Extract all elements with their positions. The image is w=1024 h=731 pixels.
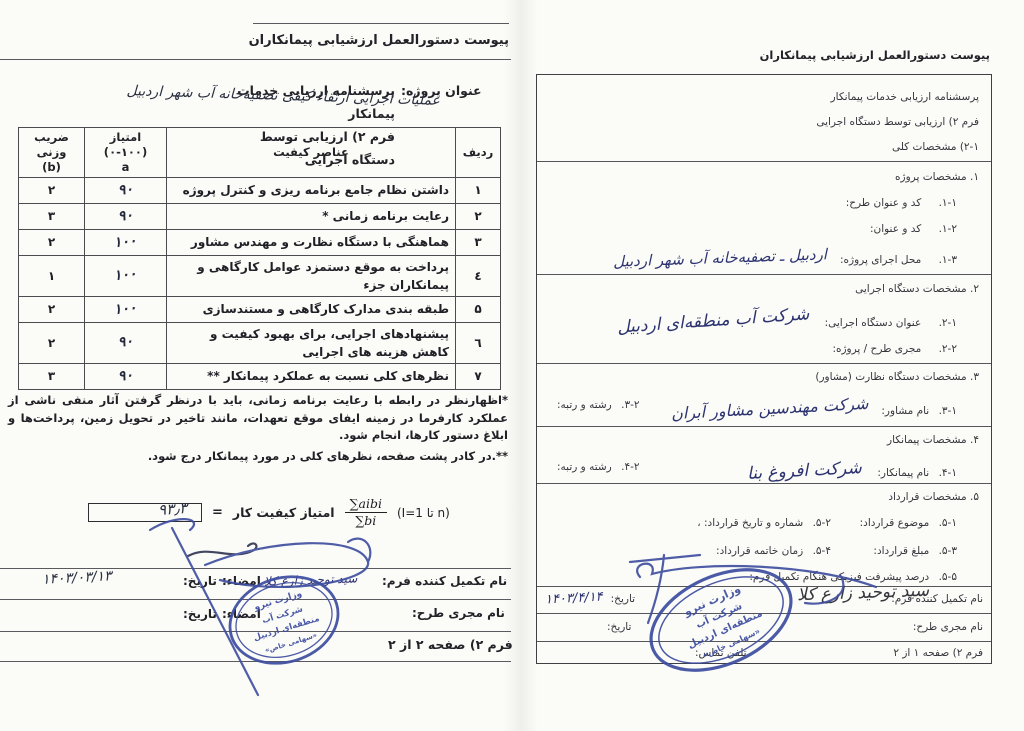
row-quality: نظرهای کلی نسبت به عملکرد پیمانکار ** xyxy=(167,363,456,389)
score-header-line2: a xyxy=(91,160,160,175)
contractor-name-handwritten: شرکت افروغ بنا xyxy=(747,458,863,484)
section2-header: ۲. مشخصات دستگاه اجرایی xyxy=(855,283,979,295)
item-number: ۳-۲. xyxy=(621,399,639,411)
row-quality: طبقه بندی مدارک کارگاهی و مستندسازی xyxy=(167,296,456,322)
row-quality: داشتن نظام جامع برنامه ریزی و کنترل پروژ… xyxy=(167,177,456,203)
row-weight: ۳ xyxy=(19,203,85,229)
row-score-handwritten: ۹۰ xyxy=(117,332,134,354)
index-range: (I=1 تا n) xyxy=(397,506,450,520)
form-filler-label: نام تکمیل کننده فرم: xyxy=(382,574,507,588)
table-row: ۲ رعایت برنامه زمانی * ۹۰ ۳ xyxy=(19,203,501,229)
footnotes: *اظهارنظر در رابطه با رعایت برنامه زمانی… xyxy=(8,392,508,465)
row-score-handwritten: ۹۰ xyxy=(117,365,134,387)
item-number: ۲-۱. xyxy=(939,317,957,329)
section-divider xyxy=(537,426,991,427)
item-number: ۱-۱. xyxy=(939,197,957,209)
weight-header-line1: ضریب وزنی xyxy=(25,130,78,160)
item-label: نام پیمانکار: xyxy=(877,467,929,479)
section3-header: ۳. مشخصات دستگاه نظارت (مشاور) xyxy=(815,371,979,383)
section-divider xyxy=(537,274,991,275)
row-weight: ۱ xyxy=(19,255,85,296)
item-label: محل اجرای پروژه: xyxy=(840,254,921,266)
box-title3: ۲-۱) مشخصات کلی xyxy=(892,141,979,153)
table-row: ۳ هماهنگی با دستگاه نظارت و مهندس مشاور … xyxy=(19,229,501,255)
section1-item2: ۱-۲. کد و عنوان: xyxy=(870,223,957,235)
box-title1: پرسشنامه ارزیابی خدمات پیمانکار xyxy=(831,91,979,103)
weight-header-line2: (b) xyxy=(25,160,78,175)
section5-header: ۵. مشخصات قرارداد xyxy=(888,491,979,503)
top-rule xyxy=(253,23,509,24)
item-label: عنوان دستگاه اجرایی: xyxy=(825,317,922,329)
table-row: ۱ داشتن نظام جامع برنامه ریزی و کنترل پر… xyxy=(19,177,501,203)
row-weight: ۳ xyxy=(19,363,85,389)
item-number: ۳-۱. xyxy=(939,405,957,417)
table-header-row: ردیف عناصر کیفیت امتیاز (۱۰۰-۰) a ضریب و… xyxy=(19,128,501,178)
section1-item3: ۱-۳. محل اجرای پروژه: اردبیل ـ تصفیه‌خان… xyxy=(613,249,957,267)
section3-item2: ۳-۲. رشته و رتبه: xyxy=(557,399,640,411)
row-weight: ۲ xyxy=(19,296,85,322)
table-row: ٤ پرداخت به موقع دستمزد عوامل کارگاهی و … xyxy=(19,255,501,296)
footnote-schedule: *اظهارنظر در رابطه با رعایت برنامه زمانی… xyxy=(8,392,508,445)
item-label: نام مشاور: xyxy=(881,405,929,417)
col-weight-header: ضریب وزنی (b) xyxy=(19,128,85,178)
footnote-comments: **.در کادر پشت صفحه، نظرهای کلی در مورد … xyxy=(8,448,508,466)
section4-item1: ۴-۱. نام پیمانکار: شرکت افروغ بنا xyxy=(747,461,957,481)
page-fold-shadow xyxy=(504,0,538,731)
item-number: ۱-۲. xyxy=(939,223,957,235)
item-label: کد و عنوان: xyxy=(870,223,921,235)
item-number: ۴-۱. xyxy=(939,467,957,479)
col-quality-header: عناصر کیفیت xyxy=(167,128,456,178)
score-header-line1: امتیاز (۱۰۰-۰) xyxy=(91,130,160,160)
section2-item2: ۲-۲. مجری طرح / پروژه: xyxy=(832,343,957,355)
row-quality: پرداخت به موقع دستمزد عوامل کارگاهی و پی… xyxy=(167,255,456,296)
project-location-handwritten: اردبیل ـ تصفیه‌خانه آب شهر اردبیل xyxy=(612,245,826,270)
row-no: ۳ xyxy=(456,229,501,255)
table-row: ۵ طبقه بندی مدارک کارگاهی و مستندسازی ۱۰… xyxy=(19,296,501,322)
row-no: ۷ xyxy=(456,363,501,389)
row-weight: ۲ xyxy=(19,322,85,363)
item-label: رشته و رتبه: xyxy=(557,399,612,411)
row-quality: رعایت برنامه زمانی * xyxy=(167,203,456,229)
agency-name-handwritten: شرکت آب منطقه‌ای اردبیل xyxy=(616,304,809,337)
date-handwritten: ۱۴۰۳/۰۳/۱۳ xyxy=(42,568,112,588)
item-label: مجری طرح / پروژه: xyxy=(832,343,921,355)
item-label: کد و عنوان طرح: xyxy=(846,197,922,209)
row-quality: هماهنگی با دستگاه نظارت و مهندس مشاور xyxy=(167,229,456,255)
row-no: ۵ xyxy=(456,296,501,322)
row-score-handwritten: ۹۰ xyxy=(117,205,134,227)
row-quality: پیشنهادهای اجرایی، برای بهبود کیفیت و کا… xyxy=(167,322,456,363)
section1-header: ۱. مشخصات پروژه xyxy=(895,171,979,183)
left-page-number: فرم ۲) صفحه ۲ از ۲ xyxy=(388,637,513,652)
project-executor-label: نام مجری طرح: xyxy=(412,606,505,620)
right-page-number: فرم ۲) صفحه ۱ از ۲ xyxy=(893,647,983,659)
col-score-header: امتیاز (۱۰۰-۰) a xyxy=(85,128,167,178)
section-divider xyxy=(537,161,991,162)
row-score-handwritten: ۹۰ xyxy=(117,179,134,201)
row-no: ۱ xyxy=(456,177,501,203)
row-weight: ۲ xyxy=(19,229,85,255)
section3-item1: ۳-۱. نام مشاور: شرکت مهندسین مشاور آبران xyxy=(671,399,957,418)
section1-item1: ۱-۱. کد و عنوان طرح: xyxy=(846,197,957,209)
item-number: ۴-۲. xyxy=(621,461,639,473)
left-page-header: پیوست دستورالعمل ارزشیابی پیمانکاران xyxy=(253,33,509,48)
row-no: ٤ xyxy=(456,255,501,296)
col-row-header: ردیف xyxy=(456,128,501,178)
section2-item1: ۲-۱. عنوان دستگاه اجرایی: شرکت آب منطقه‌… xyxy=(617,311,957,331)
item-number: ۱-۳. xyxy=(939,254,957,266)
row-score-handwritten: ۱۰۰ xyxy=(113,298,138,321)
section-divider xyxy=(537,483,991,484)
item-number: ۲-۲. xyxy=(939,343,957,355)
consultant-name-handwritten: شرکت مهندسین مشاور آبران xyxy=(670,394,868,423)
row-score-handwritten: ۱۰۰ xyxy=(113,264,138,287)
table-row: ٦ پیشنهادهای اجرایی، برای بهبود کیفیت و … xyxy=(19,322,501,363)
item-number: ۵-۵. xyxy=(939,571,957,583)
scanned-document: پیوست دستورالعمل ارزشیابی پیمانکاران پرس… xyxy=(0,0,1024,731)
item-number: ۵-۱. xyxy=(939,517,957,529)
item-label: رشته و رتبه: xyxy=(557,461,612,473)
section4-item2: ۴-۲. رشته و رتبه: xyxy=(557,461,640,473)
row-weight: ۲ xyxy=(19,177,85,203)
row-no: ٦ xyxy=(456,322,501,363)
item-number: ۵-۳. xyxy=(939,545,957,557)
header-rule xyxy=(0,59,511,60)
section4-header: ۴. مشخصات پیمانکار xyxy=(887,434,979,446)
project-executor-label: نام مجری طرح: xyxy=(913,621,983,633)
section-divider xyxy=(537,363,991,364)
row-score-handwritten: ۱۰۰ xyxy=(113,231,138,254)
box-title2: فرم ۲) ارزیابی توسط دستگاه اجرایی xyxy=(816,116,979,128)
evaluation-table: ردیف عناصر کیفیت امتیاز (۱۰۰-۰) a ضریب و… xyxy=(18,127,501,390)
right-page-header: پیوست دستورالعمل ارزشیابی پیمانکاران xyxy=(765,48,990,62)
row-no: ۲ xyxy=(456,203,501,229)
table-row: ۷ نظرهای کلی نسبت به عملکرد پیمانکار ** … xyxy=(19,363,501,389)
